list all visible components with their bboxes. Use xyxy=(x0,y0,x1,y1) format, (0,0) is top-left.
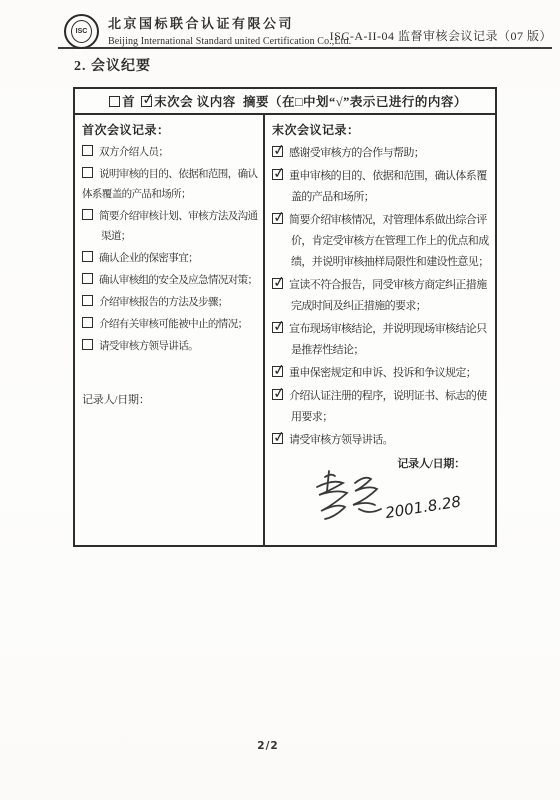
signature-area: 2001.8.28 xyxy=(272,471,493,529)
empty-checkbox-icon xyxy=(82,209,93,220)
last-meeting-column: 末次会议记录： 感谢受审核方的合作与帮助；重申审核的目的、依据和范围，确认体系覆… xyxy=(265,115,495,545)
checklist-item: 重申保密规定和申诉、投诉和争议规定； xyxy=(272,363,493,384)
checklist-item: 说明审核的目的、依据和范围，确认体系覆盖的产品和场所； xyxy=(82,165,259,205)
first-recorder-label: 记录人/日期： xyxy=(82,391,259,407)
company-block: 北京国标联合认证有限公司 Beijing International Stand… xyxy=(108,13,351,47)
checklist-item-text: 介绍认证注册的程序，说明证书、标志的使用要求； xyxy=(289,390,487,423)
checklist-item: 双方介绍人员； xyxy=(82,143,259,163)
empty-checkbox-icon xyxy=(82,339,93,350)
checklist-item-text: 确认企业的保密事宜； xyxy=(99,253,198,264)
checklist-item-text: 简要介绍审核计划、审核方法及沟通渠道； xyxy=(99,211,257,242)
checklist-item: 感谢受审核方的合作与帮助； xyxy=(272,143,493,164)
signature-date: 2001.8.28 xyxy=(384,492,462,522)
checked-checkbox-icon xyxy=(272,389,283,400)
checklist-item-text: 感谢受审核方的合作与帮助； xyxy=(289,147,424,159)
checklist-item-text: 宣布现场审核结论，并说明现场审核结论只是推荐性结论； xyxy=(289,323,487,356)
table-header-row: 首末次会 议内容 摘要（在□中划“√”表示已进行的内容） xyxy=(75,89,495,115)
empty-checkbox-icon xyxy=(82,145,93,156)
last-meeting-checkbox-icon xyxy=(141,96,152,107)
first-meeting-checkbox-icon xyxy=(109,96,120,107)
signature-scrawl xyxy=(317,471,381,519)
checklist-item: 简要介绍审核计划、审核方法及沟通渠道； xyxy=(82,207,259,247)
checklist-item: 确认审核组的安全及应急情况对策； xyxy=(82,271,259,291)
checklist-item: 确认企业的保密事宜； xyxy=(82,249,259,269)
last-meeting-title: 末次会议记录： xyxy=(272,120,493,140)
checked-checkbox-icon xyxy=(272,322,283,333)
checklist-item-text: 说明审核的目的、依据和范围，确认体系覆盖的产品和场所； xyxy=(82,169,257,200)
company-logo-icon: ISC xyxy=(64,14,99,49)
first-meeting-title: 首次会议记录： xyxy=(82,120,259,140)
checklist-item: 宣读不符合报告，同受审核方商定纠正措施完成时间及纠正措施的要求； xyxy=(272,275,493,317)
checklist-item-text: 请受审核方领导讲话。 xyxy=(99,341,198,352)
checklist-item: 简要介绍审核情况，对管理体系做出综合评价，肯定受审核方在管理工作上的优点和成绩，… xyxy=(272,210,493,273)
document-code: ISC-A-II-04 监督审核会议记录（07 版） xyxy=(330,27,552,44)
checklist-item: 介绍有关审核可能被中止的情况； xyxy=(82,315,259,335)
checklist-item-text: 确认审核组的安全及应急情况对策； xyxy=(99,275,257,286)
section-title: 2. 会议纪要 xyxy=(74,55,151,75)
scanned-document-page: ISC 北京国标联合认证有限公司 Beijing International S… xyxy=(0,0,560,800)
meeting-record-table: 首末次会 议内容 摘要（在□中划“√”表示已进行的内容） 首次会议记录： 双方介… xyxy=(73,87,497,547)
checklist-item-text: 宣读不符合报告，同受审核方商定纠正措施完成时间及纠正措施的要求； xyxy=(289,279,487,312)
last-meeting-header-label: 末次会 议内容 xyxy=(154,92,236,110)
checklist-item-text: 介绍有关审核可能被中止的情况； xyxy=(99,319,248,330)
checklist-item: 请受审核方领导讲话。 xyxy=(272,430,493,451)
header-summary-text: 摘要（在□中划“√”表示已进行的内容） xyxy=(243,92,467,110)
checklist-item-text: 请受审核方领导讲话。 xyxy=(289,434,393,446)
empty-checkbox-icon xyxy=(82,273,93,284)
empty-checkbox-icon xyxy=(82,317,93,328)
first-meeting-list: 双方介绍人员；说明审核的目的、依据和范围，确认体系覆盖的产品和场所；简要介绍审核… xyxy=(82,143,259,357)
handwritten-signature: 2001.8.28 xyxy=(311,467,491,525)
checklist-item-text: 重申保密规定和申诉、投诉和争议规定； xyxy=(289,367,476,379)
checked-checkbox-icon xyxy=(272,366,283,377)
checklist-item-text: 简要介绍审核情况，对管理体系做出综合评价，肯定受审核方在管理工作上的优点和成绩，… xyxy=(289,214,489,268)
logo-text: ISC xyxy=(71,20,92,43)
checklist-item-text: 重申审核的目的、依据和范围，确认体系覆盖的产品和场所； xyxy=(289,170,487,203)
checklist-item: 宣布现场审核结论，并说明现场审核结论只是推荐性结论； xyxy=(272,319,493,361)
page-number: 2/2 xyxy=(0,740,536,752)
empty-checkbox-icon xyxy=(82,295,93,306)
company-name-en: Beijing International Standard united Ce… xyxy=(108,36,351,47)
table-body: 首次会议记录： 双方介绍人员；说明审核的目的、依据和范围，确认体系覆盖的产品和场… xyxy=(75,115,495,545)
checked-checkbox-icon xyxy=(272,169,283,180)
company-name-cn: 北京国标联合认证有限公司 xyxy=(108,13,351,32)
empty-checkbox-icon xyxy=(82,167,93,178)
checked-checkbox-icon xyxy=(272,278,283,289)
first-meeting-column: 首次会议记录： 双方介绍人员；说明审核的目的、依据和范围，确认体系覆盖的产品和场… xyxy=(75,115,265,545)
checklist-item: 重申审核的目的、依据和范围，确认体系覆盖的产品和场所； xyxy=(272,166,493,208)
checklist-item: 请受审核方领导讲话。 xyxy=(82,337,259,357)
checklist-item-text: 介绍审核报告的方法及步骤； xyxy=(99,297,228,308)
checked-checkbox-icon xyxy=(272,146,283,157)
checked-checkbox-icon xyxy=(272,213,283,224)
empty-checkbox-icon xyxy=(82,251,93,262)
last-meeting-list: 感谢受审核方的合作与帮助；重申审核的目的、依据和范围，确认体系覆盖的产品和场所；… xyxy=(272,143,493,451)
checklist-item: 介绍审核报告的方法及步骤； xyxy=(82,293,259,313)
checked-checkbox-icon xyxy=(272,433,283,444)
document-header: ISC 北京国标联合认证有限公司 Beijing International S… xyxy=(58,12,552,49)
checklist-item: 介绍认证注册的程序，说明证书、标志的使用要求； xyxy=(272,386,493,428)
checklist-item-text: 双方介绍人员； xyxy=(99,147,168,158)
first-meeting-header-label: 首 xyxy=(122,92,135,110)
